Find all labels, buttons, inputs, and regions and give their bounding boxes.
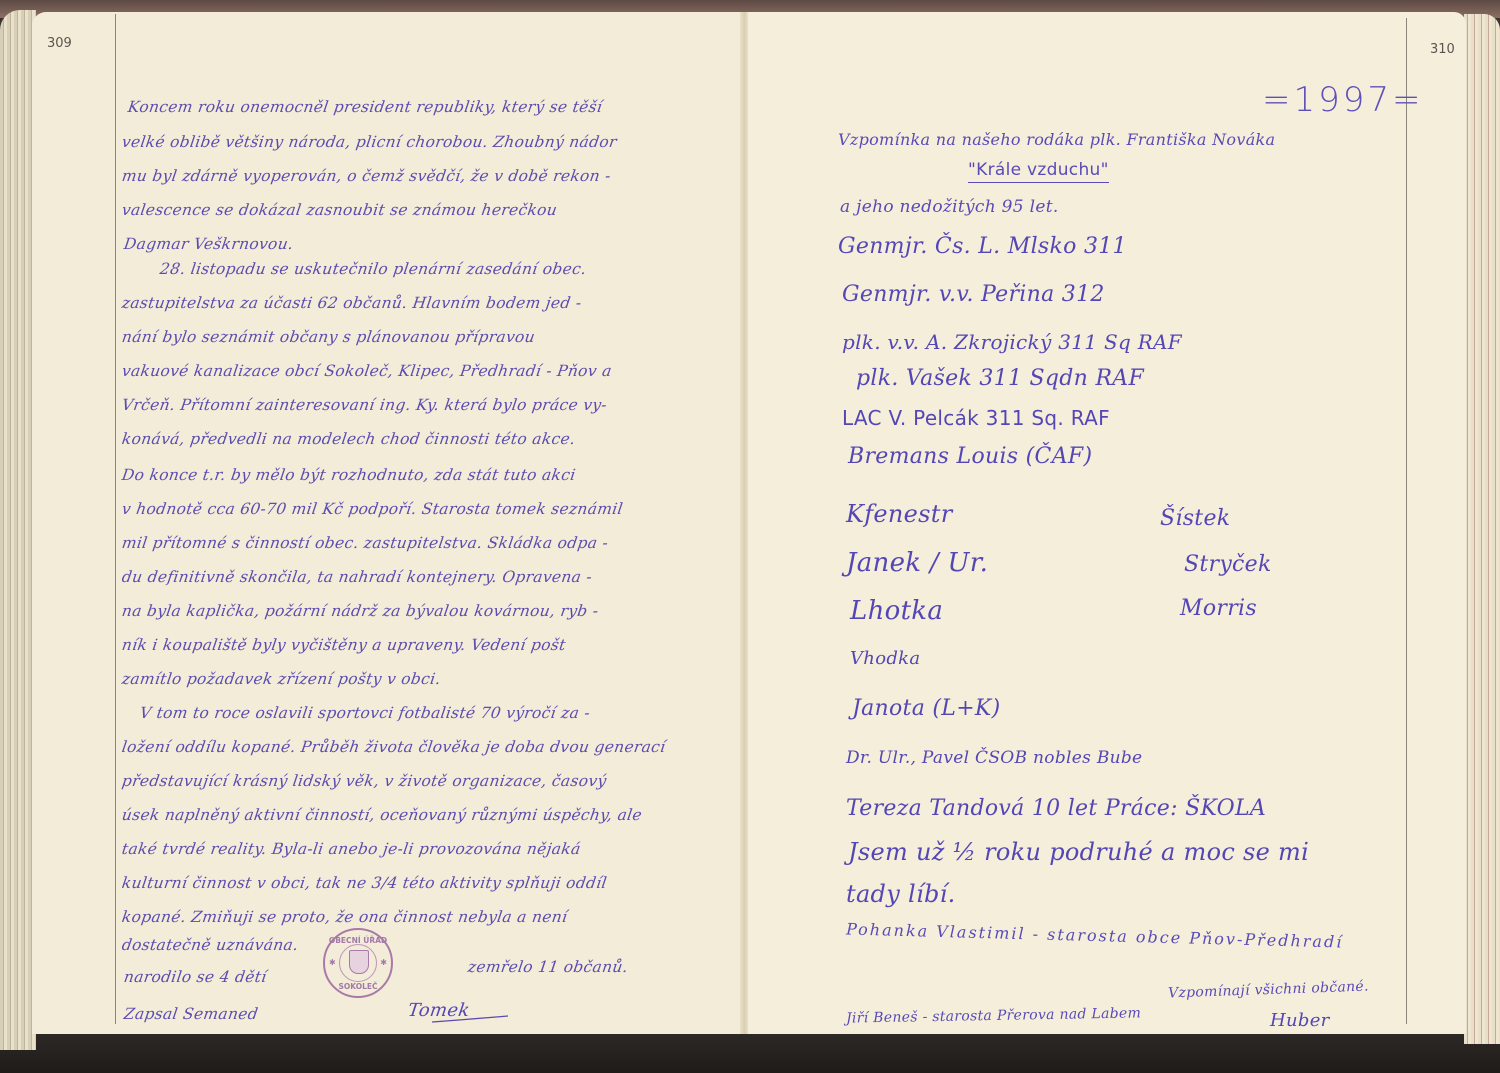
closing-signature: Huber xyxy=(1270,1010,1330,1031)
municipal-office-stamp: OBECNÍ ÚŘAD ✱ ✱ SOKOLEČ xyxy=(323,928,393,998)
right-page-edges xyxy=(1464,14,1500,1044)
signature-entry: Vhodka xyxy=(850,648,920,669)
text-line: du definitivně skončila, ta nahradí kont… xyxy=(121,568,594,586)
text-line: V tom to roce oslavili sportovci fotbali… xyxy=(139,704,591,722)
text-line: zastupitelstva za účasti 62 občanů. Hlav… xyxy=(121,294,583,312)
star-icon: ✱ xyxy=(329,958,336,967)
signature-entry: Dr. Ulr., Pavel ČSOB nobles Bube xyxy=(846,748,1142,768)
left-page-edges xyxy=(0,10,36,1050)
memorial-subheading: a jeho nedožitých 95 let. xyxy=(840,197,1059,217)
right-page-number: 310 xyxy=(1430,42,1455,57)
child-entry-line: tady líbí. xyxy=(846,880,956,908)
signature-entry: Stryček xyxy=(1184,552,1272,577)
text-line: zamítlo požadavek zřízení pošty v obci. xyxy=(121,670,442,688)
text-line: Koncem roku onemocněl president republik… xyxy=(127,98,604,116)
star-icon: ✱ xyxy=(380,958,387,967)
signature-entry: Kfenestr xyxy=(846,500,953,528)
child-entry-line: Tereza Tandová 10 let Práce: ŠKOLA xyxy=(846,796,1266,821)
text-line: mil přítomné s činností obec. zastupitel… xyxy=(121,534,610,552)
text-line: také tvrdé reality. Byla-li anebo je-li … xyxy=(121,840,582,858)
deaths-note: zemřelo 11 občanů. xyxy=(467,958,629,976)
text-line: představující krásný lidský věk, v život… xyxy=(121,772,608,790)
text-line: ník i koupaliště byly vyčištěny a uprave… xyxy=(121,636,567,654)
text-line: Do konce t.r. by mělo být rozhodnuto, zd… xyxy=(121,466,577,484)
text-line: nání bylo seznámit občany s plánovanou p… xyxy=(121,328,537,346)
text-line: valescence se dokázal zasnoubit se známo… xyxy=(121,201,559,219)
text-line: konává, předvedli na modelech chod činno… xyxy=(121,430,577,448)
text-line: dostatečně uznávána. xyxy=(121,936,300,954)
text-line: vakuové kanalizace obcí Sokoleč, Klipec,… xyxy=(121,362,613,380)
text-line: kulturní činnost v obci, tak ne 3/4 této… xyxy=(121,874,608,892)
right-margin-line xyxy=(1406,18,1407,1024)
open-chronicle-book: 309 Koncem roku onemocněl president repu… xyxy=(0,0,1500,1073)
text-line: ložení oddílu kopané. Průběh života člov… xyxy=(121,738,667,756)
signature-entry: Morris xyxy=(1180,596,1257,621)
stamp-bottom-text: SOKOLEČ xyxy=(325,982,391,991)
signature-entry: plk. Vašek 311 Sqdn RAF xyxy=(856,366,1144,391)
text-line: Dagmar Veškrnovou. xyxy=(123,235,295,253)
text-line: 28. listopadu se uskutečnilo plenární za… xyxy=(159,260,588,278)
memorial-heading: Vzpomínka na našeho rodáka plk. Františk… xyxy=(838,130,1275,149)
signature-entry: LAC V. Pelcák 311 Sq. RAF xyxy=(842,406,1110,430)
signature-entry: Genmjr. Čs. L. Mlsko 311 xyxy=(838,234,1127,259)
recorded-by: Zapsal Semaned xyxy=(123,1005,260,1023)
signature-stroke xyxy=(430,1012,510,1026)
text-line: v hodnotě cca 60-70 mil Kč podpoří. Star… xyxy=(121,500,624,518)
signature-entry: Lhotka xyxy=(850,596,943,626)
signature-entry: Šístek xyxy=(1160,506,1230,531)
signature-entry: Genmjr. v.v. Peřina 312 xyxy=(842,282,1105,307)
left-page-number: 309 xyxy=(47,36,72,51)
signature-entry: Janek / Ur. xyxy=(846,548,988,578)
signature-entry: plk. v.v. A. Zkrojický 311 Sq RAF xyxy=(842,330,1182,354)
text-line: mu byl zdárně vyoperován, o čemž svědčí,… xyxy=(121,167,612,185)
signature-entry: Bremans Louis (ČAF) xyxy=(848,444,1092,469)
child-entry-line: Jsem už ½ roku podruhé a moc se mi xyxy=(848,838,1309,866)
book-cover-bottom xyxy=(0,1030,1500,1073)
text-line: velké oblibě většiny národa, plicní chor… xyxy=(121,133,618,151)
coat-of-arms-lion-icon xyxy=(349,950,369,974)
signature-entry: Janota (L+K) xyxy=(852,696,1001,721)
text-line: kopané. Zmiňuji se proto, že ona činnost… xyxy=(121,908,569,926)
memorial-title: "Krále vzduchu" xyxy=(968,160,1109,183)
year-heading: =1997= xyxy=(1262,80,1424,120)
left-margin-line xyxy=(115,14,116,1024)
text-line: na byla kaplička, požární nádrž za býval… xyxy=(121,602,600,620)
text-line: úsek naplněný aktivní činností, oceňovan… xyxy=(121,806,644,824)
text-line: Vrčeň. Přítomní zainteresovaní ing. Ky. … xyxy=(121,396,608,414)
births-note: narodilo se 4 dětí xyxy=(123,968,268,986)
